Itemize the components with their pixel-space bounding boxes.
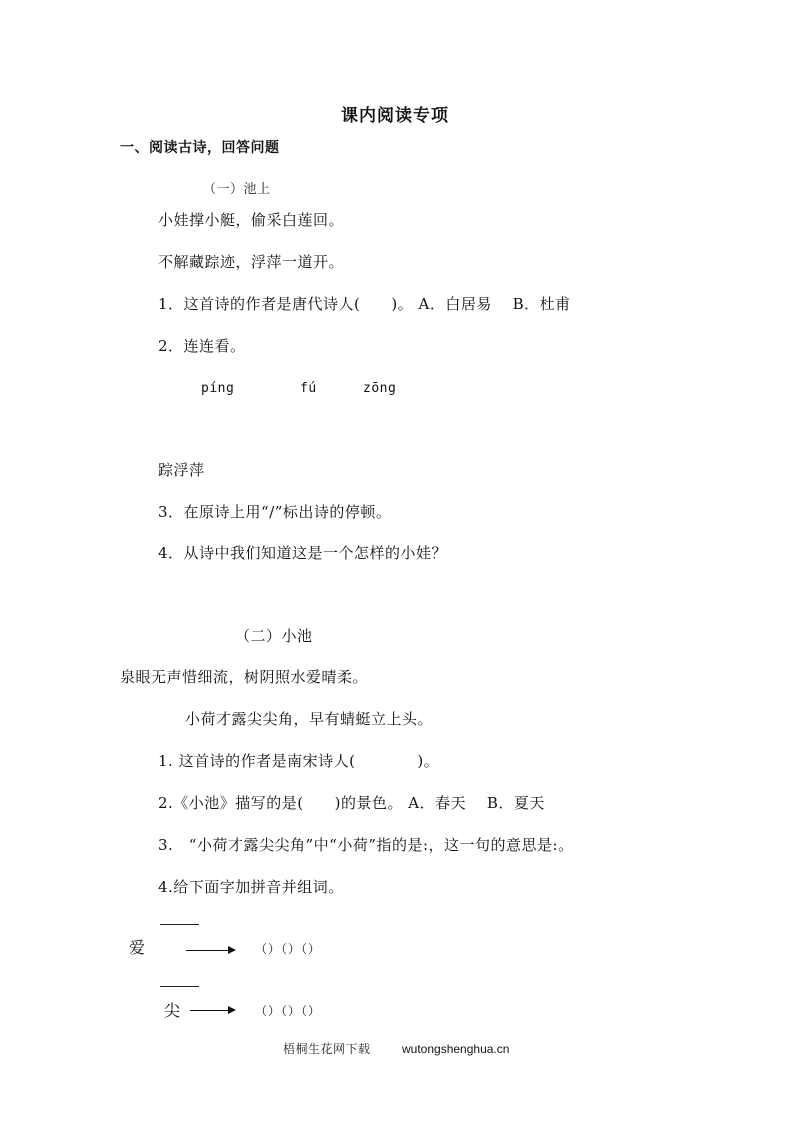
poem1-line-1: 小娃撑小艇，偷采白莲回。 (158, 211, 344, 229)
poem2-line-2: 小荷才露尖尖角，早有蜻蜓立上头。 (185, 710, 433, 728)
poem1-question-3: 3．在原诗上用“/”标出诗的停顿。 (158, 503, 391, 521)
arrow-icon (190, 1010, 234, 1011)
pinyin-fu: fú (300, 380, 317, 398)
section-heading: 一、阅读古诗，回答问题 (120, 139, 280, 157)
poem2-heading: （二）小池 (235, 627, 313, 645)
poem1-question-1: 1．这首诗的作者是唐代诗人( )。 A．白居易 B．杜甫 (158, 295, 571, 313)
pinyin-blank-line (160, 924, 199, 925)
poem2-question-1: 1. 这首诗的作者是南宋诗人( )。 (158, 752, 439, 770)
word-blanks: （）（）（） (255, 940, 321, 958)
pinyin-blank-line (160, 986, 199, 987)
poem2-question-3: 3. “小荷才露尖尖角”中“小荷”指的是:，这一句的意思是:。 (158, 836, 574, 854)
arrow-icon (186, 950, 234, 951)
poem2-question-2: 2.《小池》描写的是( )的景色。 A．春天 B．夏天 (158, 794, 545, 812)
footer-url[interactable]: wutongshenghua.cn (402, 1040, 509, 1058)
word-char: 尖 (164, 1002, 181, 1020)
match-characters: 踪浮萍 (158, 461, 205, 479)
word-char: 爱 (129, 939, 146, 957)
poem1-question-2: 2．连连看。 (158, 337, 246, 355)
poem1-line-2: 不解藏踪迹，浮萍一道开。 (158, 253, 344, 271)
word-blanks: （）（）（） (255, 1002, 321, 1020)
poem2-question-4: 4.给下面字加拼音并组词。 (158, 878, 344, 896)
page-title: 课内阅读专项 (341, 106, 449, 126)
poem1-heading: （一）池上 (203, 181, 271, 199)
poem1-question-4: 4．从诗中我们知道这是一个怎样的小娃？ (158, 544, 447, 562)
pinyin-zong: zōng (363, 380, 396, 398)
pinyin-ping: píng (201, 380, 234, 398)
poem2-line-1: 泉眼无声惜细流，树阴照水爱晴柔。 (120, 668, 368, 686)
footer-site-name: 梧桐生花网下载 (283, 1040, 371, 1058)
